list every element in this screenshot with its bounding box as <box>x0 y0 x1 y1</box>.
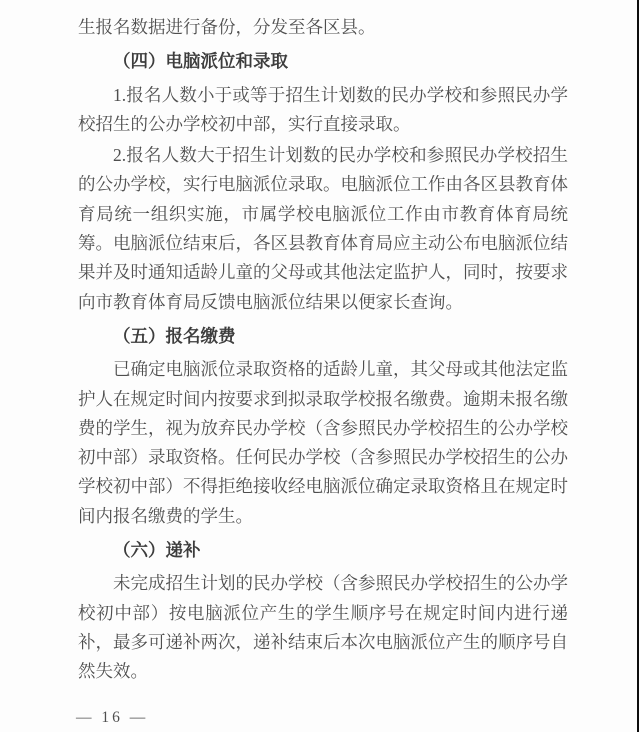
section-heading-6: （六）递补 <box>78 536 568 565</box>
document-page: 生报名数据进行备份，分发至各区县。 （四）电脑派位和录取 1.报名人数小于或等于… <box>0 0 640 732</box>
scan-edge-line <box>637 0 639 732</box>
paragraph-item-2: 2.报名人数大于招生计划数的民办学校和参照民办学校招生的公办学校，实行电脑派位录… <box>78 141 568 317</box>
paragraph-section-6: 未完成招生计划的民办学校（含参照民办学校招生的公办学校初中部）按电脑派位产生的学… <box>78 569 568 686</box>
paragraph-section-5: 已确定电脑派位录取资格的适龄儿童，其父母或其他法定监护人在规定时间内按要求到拟录… <box>78 355 568 531</box>
paragraph-item-1: 1.报名人数小于或等于招生计划数的民办学校和参照民办学校招生的公办学校初中部，实… <box>78 81 568 140</box>
document-body: 生报名数据进行备份，分发至各区县。 （四）电脑派位和录取 1.报名人数小于或等于… <box>78 13 568 689</box>
page-number: — 16 — <box>76 709 148 727</box>
paragraph-continuation: 生报名数据进行备份，分发至各区县。 <box>78 13 568 42</box>
section-heading-5: （五）报名缴费 <box>78 322 568 351</box>
section-heading-4: （四）电脑派位和录取 <box>78 47 568 76</box>
